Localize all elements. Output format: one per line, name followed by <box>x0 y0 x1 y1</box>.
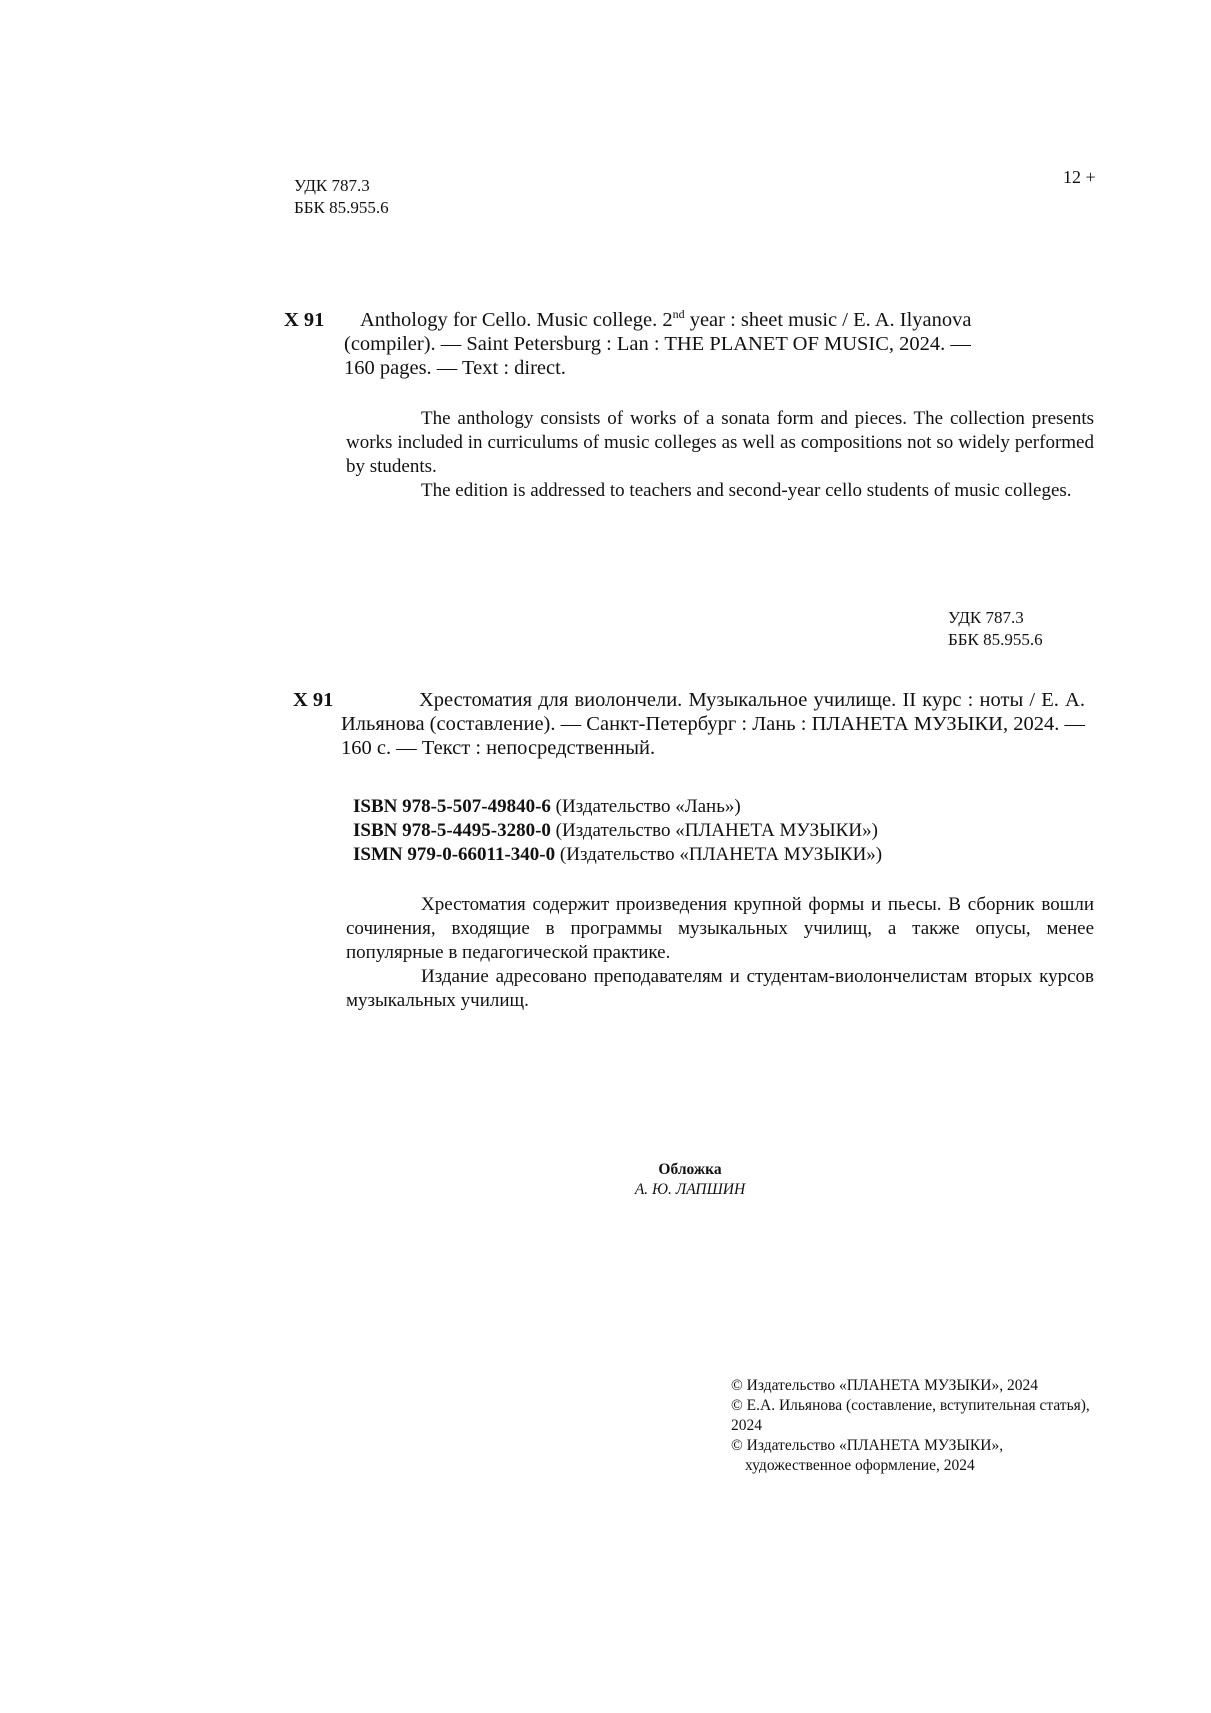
cover-designer: А. Ю. ЛАПШИН <box>560 1180 820 1200</box>
identifier-list: ISBN 978-5-507-49840-6 (Издательство «Ла… <box>353 795 882 867</box>
copyright-line: © Издательство «ПЛАНЕТА МУЗЫКИ», 2024 <box>731 1376 1091 1396</box>
abstract-paragraph: The anthology consists of works of a son… <box>346 407 1094 479</box>
isbn-number: ISBN 978-5-507-49840-6 <box>353 796 551 817</box>
english-bibliographic-entry: Х 91 Anthology for Cello. Music college.… <box>284 308 1094 380</box>
ismn-number: ISMN 979-0-66011-340-0 <box>353 844 555 865</box>
entry-title-text: Anthology for Cello. Music college. 2 <box>360 309 673 331</box>
copyright-line: художественное оформление, 2024 <box>731 1456 1091 1476</box>
entry-text: Anthology for Cello. Music college. 2nd … <box>360 308 1094 332</box>
entry-author-text: year : sheet music / E. A. Ilyanova <box>685 309 972 331</box>
entry-line: 160 pages. — Text : direct. <box>344 356 1094 380</box>
identifier-row: ISMN 979-0-66011-340-0 (Издательство «ПЛ… <box>353 843 882 867</box>
age-rating: 12 + <box>1063 167 1096 188</box>
isbn-number: ISBN 978-5-4495-3280-0 <box>353 820 551 841</box>
russian-bibliographic-entry: Х 91 Хрестоматия для виолончели. Музыкал… <box>293 688 1085 760</box>
cover-credit: Обложка А. Ю. ЛАПШИН <box>560 1160 820 1200</box>
identifier-row: ISBN 978-5-507-49840-6 (Издательство «Ла… <box>353 795 882 819</box>
copyright-block: © Издательство «ПЛАНЕТА МУЗЫКИ», 2024 © … <box>731 1376 1091 1476</box>
entry-text: Хрестоматия для виолончели. Музыкальное … <box>341 688 1085 760</box>
copyright-line: © Издательство «ПЛАНЕТА МУЗЫКИ», <box>731 1436 1091 1456</box>
entry-code: Х 91 <box>284 308 354 332</box>
ordinal-suffix: nd <box>673 307 685 321</box>
english-abstract: The anthology consists of works of a son… <box>346 407 1094 503</box>
publisher-name: (Издательство «Лань») <box>551 796 741 817</box>
abstract-paragraph: The edition is addressed to teachers and… <box>346 479 1094 503</box>
entry-line: (compiler). — Saint Petersburg : Lan : T… <box>344 332 1094 356</box>
entry-line: Anthology for Cello. Music college. 2nd … <box>360 308 1094 332</box>
abstract-paragraph: Хрестоматия содержит произведения крупно… <box>346 893 1094 965</box>
identifier-row: ISBN 978-5-4495-3280-0 (Издательство «ПЛ… <box>353 819 882 843</box>
publisher-name: (Издательство «ПЛАНЕТА МУЗЫКИ») <box>551 820 878 841</box>
udk-code: УДК 787.3 <box>294 175 389 197</box>
bbk-code: ББК 85.955.6 <box>294 197 389 219</box>
cover-label: Обложка <box>560 1160 820 1180</box>
bbk-code: ББК 85.955.6 <box>948 629 1043 651</box>
classification-top: УДК 787.3 ББК 85.955.6 <box>294 175 389 219</box>
copyright-line: © Е.А. Ильянова (составление, вступитель… <box>731 1396 1091 1436</box>
udk-code: УДК 787.3 <box>948 607 1043 629</box>
classification-russian: УДК 787.3 ББК 85.955.6 <box>948 607 1043 651</box>
publisher-name: (Издательство «ПЛАНЕТА МУЗЫКИ») <box>555 844 882 865</box>
abstract-paragraph: Издание адресовано преподавателям и студ… <box>346 965 1094 1013</box>
entry-code: Х 91 <box>293 688 363 712</box>
russian-abstract: Хрестоматия содержит произведения крупно… <box>346 893 1094 1013</box>
